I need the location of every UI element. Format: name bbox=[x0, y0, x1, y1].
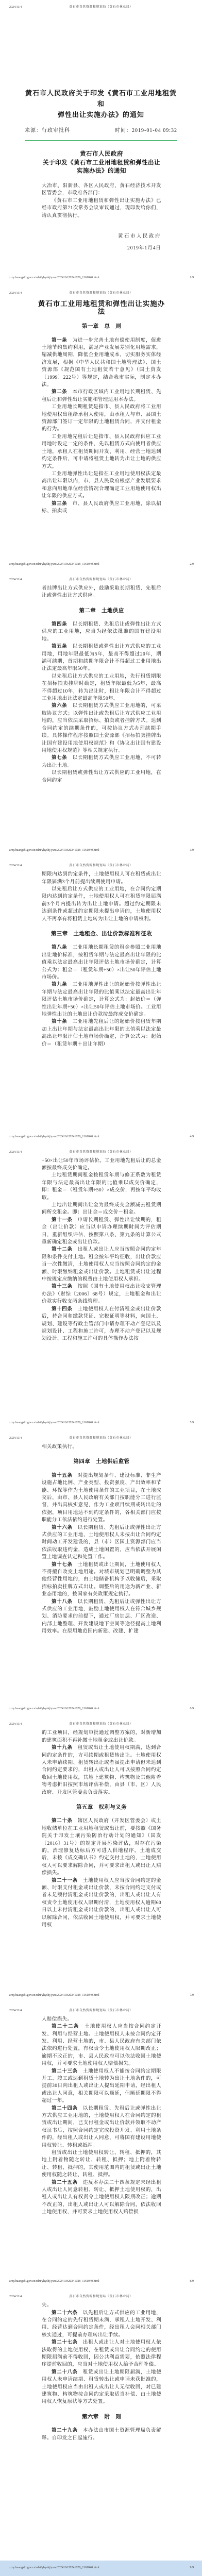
page-footer: zrzy.huangshi.gov.cn/rdzt/yhyshj/yszc/20… bbox=[9, 562, 194, 567]
page-body: 相关政策执行。第四章 土地供后监管第十五条 对提出规划条件、建设标准、非生产设施… bbox=[0, 1431, 202, 1636]
print-site-name: 黄石市自然资源和规划局（黄石市林业局） bbox=[0, 5, 202, 10]
print-site-name: 黄石市自然资源和规划局（黄石市林业局） bbox=[0, 2008, 202, 2013]
clause-label: 第二十八条 bbox=[52, 2369, 78, 2375]
page-header: 2024/11/4黄石市自然资源和规划局（黄石市林业局） bbox=[0, 1436, 202, 1441]
paragraph: 者挂牌出让方式供应外，鼓励采取长期租赁、先租后让或弹性出让方式供应。 bbox=[42, 585, 161, 600]
clause-label: 第二十六条 bbox=[52, 2310, 78, 2316]
chapter-heading: 第三章 土地租金、出让价款标准和征收 bbox=[42, 930, 161, 937]
clause-label: 第三条 bbox=[52, 501, 67, 507]
print-url: zrzy.huangshi.gov.cn/rdzt/yhyshj/yszc/20… bbox=[9, 2565, 99, 2570]
clause-label: 第四条 bbox=[52, 621, 67, 627]
source-label: 来源：行政审批科 bbox=[25, 127, 70, 134]
paragraph: 工业用地弹性出让是指在工业用地使用权法定最高出让年限以内，市、县人民政府根据产业… bbox=[42, 470, 161, 500]
paragraph: 期限内达到约定条件，土地使用权人可在租赁或出让年限届满3个月前提出续期使用申请。 bbox=[42, 871, 161, 886]
page-body: 人赔偿损失。第二十二条 土地使用权人应当按合同约定开发、利用与经营土地。土地使用… bbox=[0, 2003, 202, 2216]
page-footer: zrzy.huangshi.gov.cn/rdzt/yhyshj/yszc/20… bbox=[9, 1134, 194, 1139]
clause-label: 第二十五条 bbox=[52, 2180, 78, 2185]
chapter-heading: 第二章 土地供应 bbox=[42, 607, 161, 614]
page-number: 4/9 bbox=[190, 1134, 194, 1139]
notice-heading-line: 黄石市人民政府 bbox=[42, 150, 161, 159]
clause-label: 第二条 bbox=[52, 389, 67, 395]
clause-label: 第十六条 bbox=[52, 1525, 73, 1530]
paragraph: 第二十四条 以长期租赁、先租后让或弹性出让方式供应工业用地的，土地使用权人在合同… bbox=[42, 2105, 161, 2149]
page-footer: zrzy.huangshi.gov.cn/rdzt/yhyshj/yszc/20… bbox=[9, 275, 194, 280]
green-divider bbox=[25, 140, 177, 141]
document: 2024/11/4黄石市自然资源和规划局（黄石市林业局）黄石市人民政府关于印发《… bbox=[0, 0, 202, 2576]
paragraph: 第一条 为进一步完善土地有偿使用制度，促进土地节约集约利用，满足产业发展差别化用… bbox=[42, 337, 161, 389]
paragraph: 第九条 工业用地弹性出让的起始价按弹性出让年期与法定最高出让年限的比值乘以法定最… bbox=[42, 981, 161, 1018]
signature: 黄石市人民政府 bbox=[42, 233, 161, 240]
clause-label: 第二十二条 bbox=[52, 2024, 79, 2029]
page-number: 5/9 bbox=[190, 1420, 194, 1425]
clause-label: 第十七条 bbox=[52, 1562, 73, 1568]
clause-label: 第二十三条 bbox=[52, 2068, 78, 2074]
clause-label: 第十九条 bbox=[52, 1745, 73, 1750]
print-site-name: 黄石市自然资源和规划局（黄石市林业局） bbox=[0, 577, 202, 582]
clause-label: 第二十一条 bbox=[52, 1878, 78, 1883]
page-body: 者挂牌出让方式供应外，鼓励采取长期租赁、先租后让或弹性出让方式供应。第二章 土地… bbox=[0, 573, 202, 784]
page-number: 1/9 bbox=[190, 275, 194, 280]
print-site-name: 黄石市自然资源和规划局（黄石市林业局） bbox=[0, 1150, 202, 1155]
print-site-name: 黄石市自然资源和规划局（黄石市林业局） bbox=[0, 1722, 202, 1727]
paragraph: 第十二条 出租人或出让人应当按照合同约定年限和条件交付土地。租金按年平均征收，出… bbox=[42, 1246, 161, 1283]
paragraph: 第七条 以长期租赁方式供应工业用地，不可转为出让土地。 bbox=[42, 754, 161, 769]
print-date: 2024/11/4 bbox=[9, 1150, 22, 1155]
paragraph: 以先租后让方式供应的工业用地，在合同约定期限内达到约定条件，土地使用权人可在租赁… bbox=[42, 886, 161, 923]
page-number: 2/9 bbox=[190, 562, 194, 567]
paragraph: 第二十一条 土地使用权人应当按合同约定的金额、时限支付租金或出让价款，未按合同约… bbox=[42, 1877, 161, 1929]
print-date: 2024/11/4 bbox=[9, 2294, 22, 2299]
paragraph: 第二十七条 出租人或出让人对土地使用权人依法取得的土地使用权，在租赁或出让合同约… bbox=[42, 2339, 161, 2369]
paragraph: 大冶市、阳新县、各区人民政府，黄石经济技术开发区管委会，市政府各部门： bbox=[42, 182, 161, 197]
print-site-name: 黄石市自然资源和规划局（黄石市林业局） bbox=[0, 1436, 202, 1441]
clause-label: 第二十七条 bbox=[52, 2339, 78, 2345]
paragraph: 第六条 以长期租赁方式供应工业用地的，可采取协议方式；以弹性出让或先租后让方式供… bbox=[42, 702, 161, 754]
paragraph: 的工业项目，经规划审批通过调整方案的，对新增加的建筑面积不再补缴土地租金或出让价… bbox=[42, 1729, 161, 1744]
time-label: 时间：2019-01-04 09:32 bbox=[115, 127, 177, 134]
notice-heading-line: 关于印发《黄石市工业用地租赁和弹性出让 bbox=[42, 159, 161, 167]
paragraph: 工业用地长期租赁是指市、县人民政府将工业用地使用权出租给承租人使用，由承租人与市… bbox=[42, 403, 161, 433]
page-number: 6/9 bbox=[190, 1706, 194, 1711]
paragraph: 第二十二条 土地使用权人应当按合同约定开发、利用与经营土地。土地使用权人未按合同… bbox=[42, 2023, 161, 2067]
paragraph: 第二十六条 以先租后让方式供应的工业用地，在合同约定的先行租赁期未满，承租人土地… bbox=[42, 2310, 161, 2339]
paragraph: 第二条 本市行政区域内工业用地长期租赁、先租后让和弹性出让实施和管理适用本办法。 bbox=[42, 389, 161, 403]
printed-page: 2024/11/4黄石市自然资源和规划局（黄石市林业局）期限内达到约定条件，土地… bbox=[0, 858, 202, 1144]
print-site-name: 黄石市自然资源和规划局（黄石市林业局） bbox=[0, 2294, 202, 2299]
clause-label: 第一条 bbox=[52, 338, 67, 343]
chapter-heading: 第五章 权利与义务 bbox=[42, 1804, 161, 1811]
paragraph: 第八条 工业用地长期租赁的租金参照工业用地出让地价标准，按租赁年期与法定最高出让… bbox=[42, 944, 161, 981]
print-url: zrzy.huangshi.gov.cn/rdzt/yhyshj/yszc/20… bbox=[9, 562, 99, 567]
print-date: 2024/11/4 bbox=[9, 1436, 22, 1441]
paragraph: 第十五条 对提出规划条件、建设标准、非生产设施占地比例、产业类型、投资强度、产出… bbox=[42, 1472, 161, 1524]
paragraph: 租赁或出让土地使用权转让、转租、抵押的，其地上附着物随之转让、转租、抵押；地上附… bbox=[42, 2149, 161, 2179]
paragraph: ÷50×出让50年市场评估价。工业用地先租后让的总金额按最终成交价确定。 bbox=[42, 1157, 161, 1172]
article-title-line: 黄石市人民政府关于印发《黄石市工业用地租赁和 bbox=[25, 88, 177, 109]
page-number: 8/9 bbox=[190, 2279, 194, 2284]
paragraph: 第二十九条 本办法由市国土资源管理局负责解释。自印发之日起施行。 bbox=[42, 2427, 161, 2442]
page-number: 9/9 bbox=[190, 2565, 194, 2570]
paragraph: 第十九条 租赁或出让土地使用权期满，达到合同约定条件的，方可续期或租赁转出让。土… bbox=[42, 1744, 161, 1796]
page-footer: zrzy.huangshi.gov.cn/rdzt/yhyshj/yszc/20… bbox=[9, 1706, 194, 1711]
print-date: 2024/11/4 bbox=[9, 291, 22, 296]
clause-label: 第十二条 bbox=[52, 1247, 73, 1252]
signature-date: 2019年1月4日 bbox=[42, 245, 161, 252]
printed-page: 2024/11/4黄石市自然资源和规划局（黄石市林业局）人赔偿损失。第二十二条 … bbox=[0, 2003, 202, 2289]
clause-label: 第十三条 bbox=[52, 1284, 73, 1289]
clause-label: 第十一条 bbox=[52, 1217, 73, 1223]
paragraph: 第三条 市、县人民政府供应工业用地，除以招标、拍卖或 bbox=[42, 500, 161, 515]
clause-label: 第二十条 bbox=[52, 1818, 73, 1824]
paragraph: 《黄石市工业用地租赁和弹性出让实施办法》已经市政府第71次常务会议审议通过，现印… bbox=[42, 197, 161, 220]
page-header: 2024/11/4黄石市自然资源和规划局（黄石市林业局） bbox=[0, 577, 202, 582]
paragraph: 工业用地先租后让是指市、县人民政府供应工业用地时设定一定的条件，先以租赁方式向使… bbox=[42, 433, 161, 470]
clause-label: 第十条 bbox=[52, 1019, 67, 1024]
page-body: 期限内达到约定条件，土地使用权人可在租赁或出让年限届满3个月前提出续期使用申请。… bbox=[0, 858, 202, 1048]
print-url: zrzy.huangshi.gov.cn/rdzt/yhyshj/yszc/20… bbox=[9, 1420, 99, 1425]
paragraph: 相关政策执行。 bbox=[42, 1443, 161, 1451]
paragraph: 第十四条 土地使用权人在付清租金或出让价款后，持合同和缴款凭证、完税证明等材料，… bbox=[42, 1306, 161, 1343]
chapter-heading: 第四章 土地供后监管 bbox=[42, 1458, 161, 1465]
clause-label: 第五条 bbox=[52, 644, 67, 649]
paragraph: 第十六条 以长期租赁、先租后让或弹性出让方式供应的工业用地，土地使用权人未按出让… bbox=[42, 1524, 161, 1561]
clause-label: 第十五条 bbox=[52, 1473, 73, 1478]
clause-label: 第二十九条 bbox=[52, 2428, 78, 2433]
paragraph: 失。 bbox=[42, 2302, 161, 2309]
print-date: 2024/11/4 bbox=[9, 5, 22, 10]
paragraph: 第十条 工业用地先租后让的起始价按租赁年期加上出让年期与法定最高出让年限的比值乘… bbox=[42, 1018, 161, 1048]
print-date: 2024/11/4 bbox=[9, 863, 22, 868]
page-header: 2024/11/4黄石市自然资源和规划局（黄石市林业局） bbox=[0, 1722, 202, 1727]
page-footer: zrzy.huangshi.gov.cn/rdzt/yhyshj/yszc/20… bbox=[9, 2565, 194, 2570]
page-footer: zrzy.huangshi.gov.cn/rdzt/yhyshj/yszc/20… bbox=[9, 1993, 194, 1998]
paragraph: 第四条 以长期租赁、先租后让或弹性出让方式供应的工业用地，应当为经依法批准的国有… bbox=[42, 621, 161, 643]
page-number: 3/9 bbox=[190, 848, 194, 853]
regulation-title: 黄石市工业用地租赁和弹性出让实施办法 bbox=[37, 300, 166, 315]
print-url: zrzy.huangshi.gov.cn/rdzt/yhyshj/yszc/20… bbox=[9, 2279, 99, 2284]
clause-label: 第九条 bbox=[52, 982, 67, 987]
printed-page: 2024/11/4黄石市自然资源和规划局（黄石市林业局）黄石市工业用地租赁和弹性… bbox=[0, 286, 202, 572]
paragraph: 第十一条 申请长期租赁、弹性出让续期的，租金（出让价款）应当以申请办理续期时间为… bbox=[42, 1217, 161, 1247]
clause-label: 第十四条 bbox=[52, 1306, 73, 1312]
printed-page: 2024/11/4黄石市自然资源和规划局（黄石市林业局）÷50×出让50年市场评… bbox=[0, 1145, 202, 1431]
page-number: 7/9 bbox=[190, 1993, 194, 1998]
chapter-heading: 第一章 总 则 bbox=[42, 323, 161, 330]
paragraph: 第十七条 土地租赁或出让期间，土地使用权人不得擅自改变土地用途。对城市规划已明确… bbox=[42, 1561, 161, 1598]
print-url: zrzy.huangshi.gov.cn/rdzt/yhyshj/yszc/20… bbox=[9, 275, 99, 280]
page-footer: zrzy.huangshi.gov.cn/rdzt/yhyshj/yszc/20… bbox=[9, 848, 194, 853]
paragraph: 第十三条 按照《国有土地使用权出让收支管理办法》（财综〔2006〕68号）规定，… bbox=[42, 1283, 161, 1305]
print-url: zrzy.huangshi.gov.cn/rdzt/yhyshj/yszc/20… bbox=[9, 1993, 99, 1998]
clause-label: 第八条 bbox=[52, 945, 67, 950]
print-date: 2024/11/4 bbox=[9, 1722, 22, 1727]
chapter-heading: 第六章 附 则 bbox=[42, 2413, 161, 2420]
paragraph: 土地出让期间出让金为最终成交金额减去租赁期间所交租金。即：出让金＝成交价－租金。 bbox=[42, 1202, 161, 1217]
page-body: 的工业项目，经规划审批通过调整方案的，对新增加的建筑面积不再补缴土地租金或出让价… bbox=[0, 1717, 202, 1929]
paragraph: 土地租赁期间租金按租赁年期与修正系数为租赁年限与法定最高出让年限的比值乘以成交价… bbox=[42, 1172, 161, 1202]
clause-label: 第六条 bbox=[52, 703, 67, 709]
article-title: 黄石市人民政府关于印发《黄石市工业用地租赁和弹性出让实施办法》的通知 bbox=[25, 88, 177, 120]
paragraph: 人赔偿损失。 bbox=[42, 2016, 161, 2023]
print-site-name: 黄石市自然资源和规划局（黄石市林业局） bbox=[0, 863, 202, 868]
paragraph: 第二十三条 土地使用权人不能按合同约定期限开工、竣工或达到租赁土地转为出让土地条… bbox=[42, 2068, 161, 2105]
page-body: 黄石市人民政府关于印发《黄石市工业用地租赁和弹性出让实施办法》的通知来源：行政审… bbox=[0, 0, 202, 252]
paragraph: 以先租后让方式供应的工业用地，先行租赁期限在招标拍卖挂牌时确定，租赁年限最低为5… bbox=[42, 673, 161, 703]
print-url: zrzy.huangshi.gov.cn/rdzt/yhyshj/yszc/20… bbox=[9, 848, 99, 853]
page-footer: zrzy.huangshi.gov.cn/rdzt/yhyshj/yszc/20… bbox=[9, 2279, 194, 2284]
page-body: ÷50×出让50年市场评估价。工业用地先租后让的总金额按最终成交价确定。土地租赁… bbox=[0, 1145, 202, 1343]
printed-page: 2024/11/4黄石市自然资源和规划局（黄石市林业局）者挂牌出让方式供应外，鼓… bbox=[0, 573, 202, 858]
print-url: zrzy.huangshi.gov.cn/rdzt/yhyshj/yszc/20… bbox=[9, 1134, 99, 1139]
page-header: 2024/11/4黄石市自然资源和规划局（黄石市林业局） bbox=[0, 2294, 202, 2299]
paragraph: 第二十五条 违反本办法二十四条规定未经出租人或出让人同意转租、转让、抵押土地使用… bbox=[42, 2179, 161, 2216]
page-footer: zrzy.huangshi.gov.cn/rdzt/yhyshj/yszc/20… bbox=[9, 1420, 194, 1425]
print-url: zrzy.huangshi.gov.cn/rdzt/yhyshj/yszc/20… bbox=[9, 1706, 99, 1711]
page-header: 2024/11/4黄石市自然资源和规划局（黄石市林业局） bbox=[0, 291, 202, 296]
paragraph: 第二十八条 租赁或出让土地期限届满，土地使用权人未申请续期、租赁转出让或申请未获… bbox=[42, 2369, 161, 2406]
printed-page: 2024/11/4黄石市自然资源和规划局（黄石市林业局）黄石市人民政府关于印发《… bbox=[0, 0, 202, 286]
page-body: 黄石市工业用地租赁和弹性出让实施办法第一章 总 则第一条 为进一步完善土地有偿使… bbox=[0, 286, 202, 515]
page-header: 2024/11/4黄石市自然资源和规划局（黄石市林业局） bbox=[0, 863, 202, 868]
page-body: 失。第二十六条 以先租后让方式供应的工业用地，在合同约定的先行租赁期未满，承租人… bbox=[0, 2289, 202, 2442]
page-header: 2024/11/4黄石市自然资源和规划局（黄石市林业局） bbox=[0, 1150, 202, 1155]
article-meta: 来源：行政审批科时间：2019-01-04 09:32 bbox=[25, 127, 177, 134]
clause-label: 第七条 bbox=[52, 755, 67, 761]
page-header: 2024/11/4黄石市自然资源和规划局（黄石市林业局） bbox=[0, 2008, 202, 2013]
notice-heading: 黄石市人民政府关于印发《黄石市工业用地租赁和弹性出让实施办法》的通知 bbox=[42, 150, 161, 176]
printed-page: 2024/11/4黄石市自然资源和规划局（黄石市林业局）失。第二十六条 以先租后… bbox=[0, 2289, 202, 2575]
paragraph: 第十八条 以长期租赁、先租后让或弹性出让方式供应的工业用地，鼓励土地使用权人在符… bbox=[42, 1598, 161, 1636]
printed-page: 2024/11/4黄石市自然资源和规划局（黄石市林业局）相关政策执行。第四章 土… bbox=[0, 1431, 202, 1717]
printed-page: 2024/11/4黄石市自然资源和规划局（黄石市林业局）的工业项目，经规划审批通… bbox=[0, 1717, 202, 2003]
notice-heading-line: 实施办法》的通知 bbox=[42, 167, 161, 176]
page-header: 2024/11/4黄石市自然资源和规划局（黄石市林业局） bbox=[0, 5, 202, 10]
print-date: 2024/11/4 bbox=[9, 577, 22, 582]
print-site-name: 黄石市自然资源和规划局（黄石市林业局） bbox=[0, 291, 202, 296]
clause-label: 第二十四条 bbox=[52, 2106, 78, 2111]
paragraph: 第二十条 辖区人民政府（开发区管委会）或土地收储单位在工业用地租赁或出让前，要按… bbox=[42, 1817, 161, 1877]
article-title-line: 弹性出让实施办法》的通知 bbox=[25, 109, 177, 120]
print-date: 2024/11/4 bbox=[9, 2008, 22, 2013]
paragraph: 第五条 以长期租赁或弹性出让方式供应的工业用地，用地年限最低为5年，最高不得超过… bbox=[42, 643, 161, 673]
clause-label: 第十八条 bbox=[52, 1599, 73, 1605]
paragraph: 以长期租赁或弹性出让方式供应的工业用地，在合同约定 bbox=[42, 769, 161, 784]
